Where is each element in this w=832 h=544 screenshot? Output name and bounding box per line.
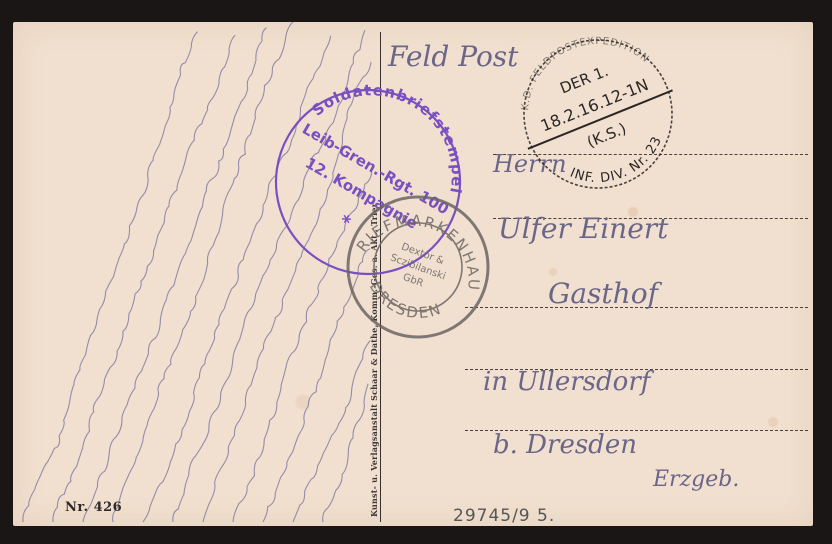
postcard-back: Kunst- u. Verlagsanstalt Schaar & Dathe,… xyxy=(13,22,813,526)
address-line4-text: in Ullersdorf xyxy=(483,367,650,397)
address-line3-text: Gasthof xyxy=(548,277,658,310)
address-line5-text: b. Dresden xyxy=(493,430,637,460)
card-number: Nr. 426 xyxy=(65,500,122,515)
address-line2-text: Ulfer Einert xyxy=(498,212,668,245)
address-line6-text: Erzgeb. xyxy=(653,467,739,492)
inventory-note: 29745/9 5. xyxy=(453,506,555,526)
field-post-postmark: K.D. FELDPOSTEXPEDITION DER 1. 18.2.16.1… xyxy=(508,34,688,194)
address-heading: Feld Post xyxy=(388,40,518,73)
dealer-stamp: BRIEFMARKENHAUS DRESDEN Dextor & Sczibil… xyxy=(343,192,493,342)
